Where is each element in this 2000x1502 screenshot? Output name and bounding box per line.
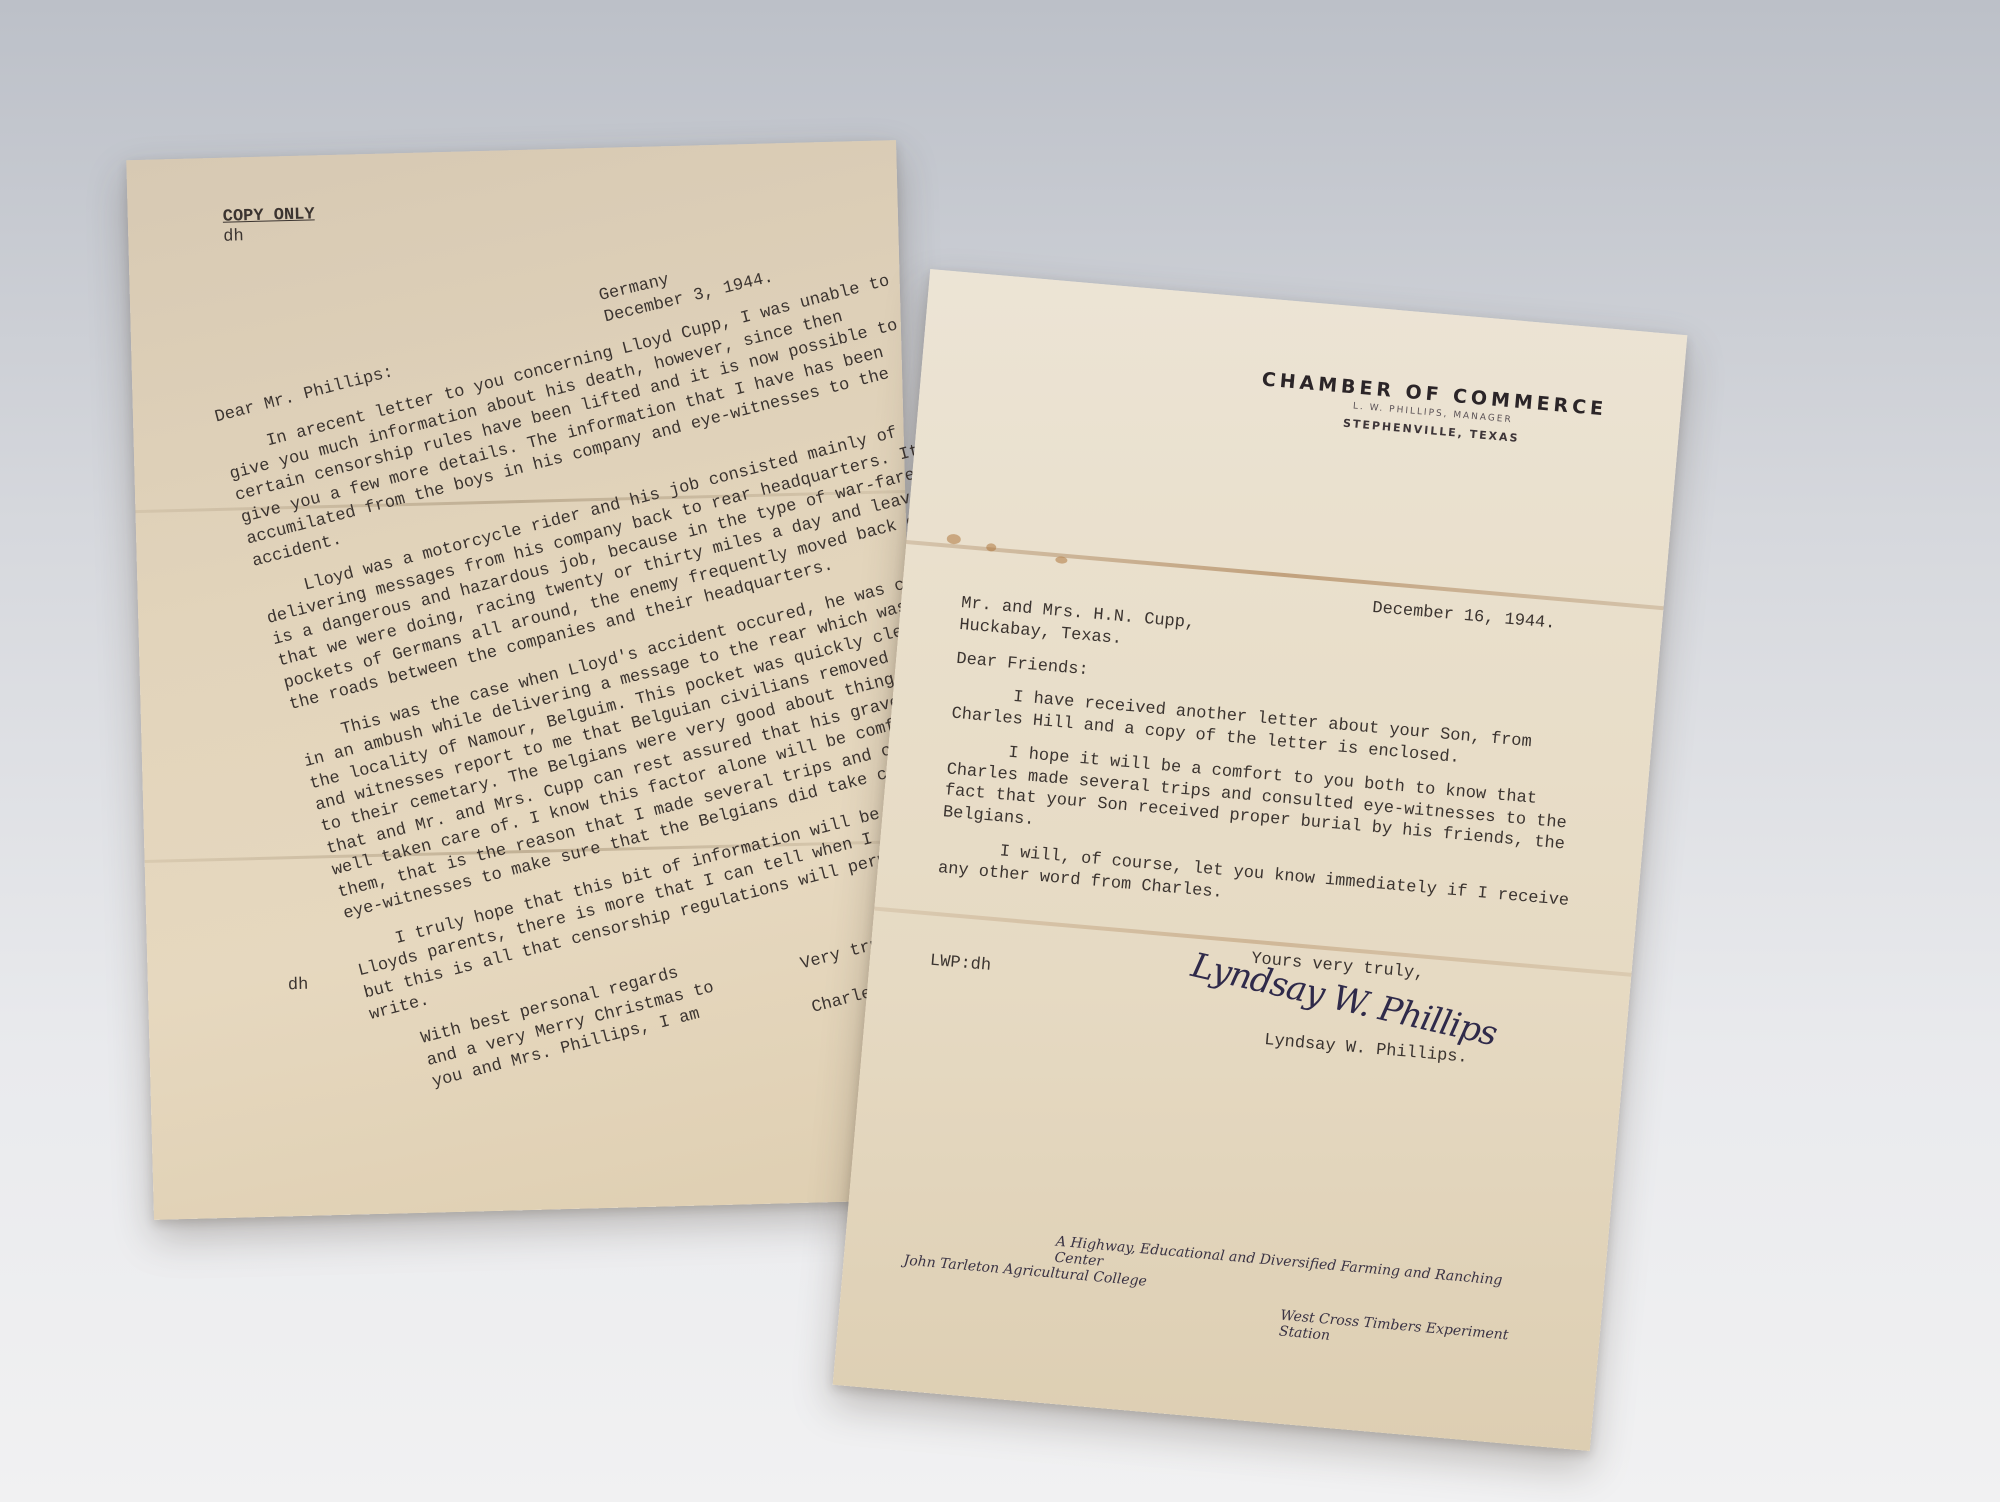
letterhead: CHAMBER OF COMMERCE L. W. PHILLIPS, MANA…: [1258, 368, 1608, 452]
footer-initials: dh: [288, 976, 309, 996]
letterhead-footer: A Highway, Educational and Diversified F…: [900, 1221, 1545, 1362]
rust-stain: [1055, 556, 1068, 564]
copy-only-label: COPY ONLY: [223, 205, 315, 228]
copy-header: COPY ONLY dh: [223, 205, 316, 248]
letter-date: December 16, 1944.: [1372, 599, 1557, 634]
header-initials: dh: [223, 226, 315, 249]
reference-initials: LWP:dh: [929, 952, 992, 976]
letter-charles-hill: COPY ONLY dh Germany December 3, 1944. D…: [126, 140, 923, 1220]
letter-body: Mr. and Mrs. H.N. Cupp, Huckabay, Texas.…: [936, 593, 1620, 949]
photo-scene: COPY ONLY dh Germany December 3, 1944. D…: [0, 0, 2000, 1502]
letter-chamber-of-commerce: CHAMBER OF COMMERCE L. W. PHILLIPS, MANA…: [833, 269, 1688, 1451]
